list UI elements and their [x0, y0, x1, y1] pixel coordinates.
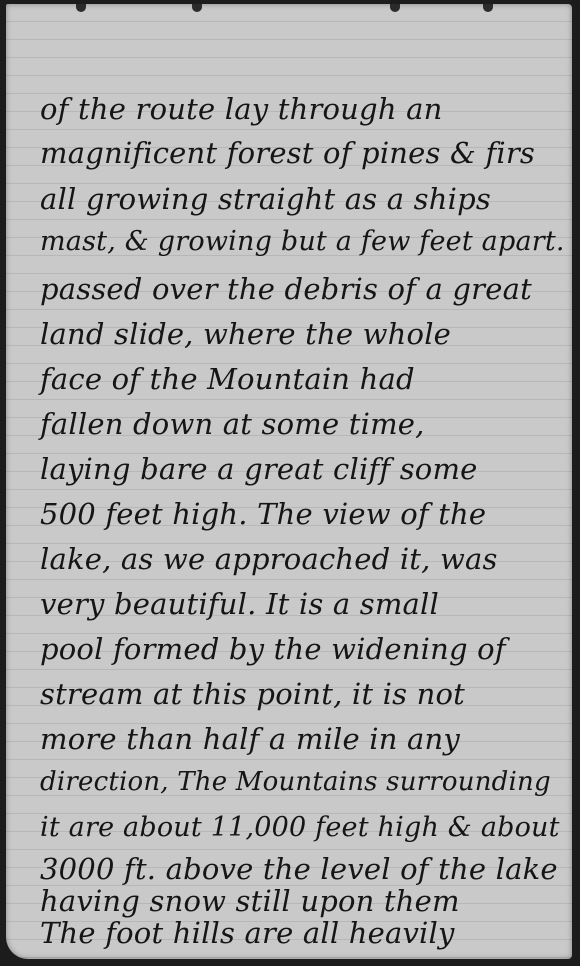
handwritten-line: 3000 ft. above the level of the lake	[40, 852, 558, 886]
handwritten-line: more than half a mile in any	[40, 722, 460, 756]
handwritten-line: mast, & growing but a few feet apart.	[40, 226, 565, 257]
handwritten-line: stream at this point, it is not	[40, 677, 465, 711]
binding-hole	[192, 4, 202, 12]
handwritten-line: direction, The Mountains surrounding	[40, 767, 551, 797]
binding-hole	[390, 4, 400, 12]
handwritten-line: it are about 11,000 feet high & about	[40, 812, 560, 843]
handwritten-line: of the route lay through an	[40, 92, 442, 126]
handwritten-line: land slide, where the whole	[40, 317, 451, 351]
handwritten-line: pool formed by the widening of	[40, 632, 506, 666]
handwritten-line: very beautiful. It is a small	[40, 587, 439, 621]
handwritten-line: having snow still upon them	[40, 884, 460, 918]
handwritten-line: The foot hills are all heavily	[40, 916, 455, 950]
handwritten-line: fallen down at some time,	[40, 407, 425, 441]
handwritten-line: face of the Mountain had	[40, 362, 415, 396]
handwritten-line: magnificent forest of pines & firs	[40, 136, 535, 170]
handwritten-line: all growing straight as a ships	[40, 182, 491, 216]
handwritten-line: lake, as we approached it, was	[40, 542, 498, 576]
binding-hole	[76, 4, 86, 12]
handwritten-line: laying bare a great cliff some	[40, 452, 478, 486]
handwritten-line: passed over the debris of a great	[40, 272, 532, 306]
binding-hole	[483, 4, 493, 12]
notebook-page: of the route lay through an magnificent …	[6, 4, 572, 959]
handwritten-line: 500 feet high. The view of the	[40, 497, 486, 531]
